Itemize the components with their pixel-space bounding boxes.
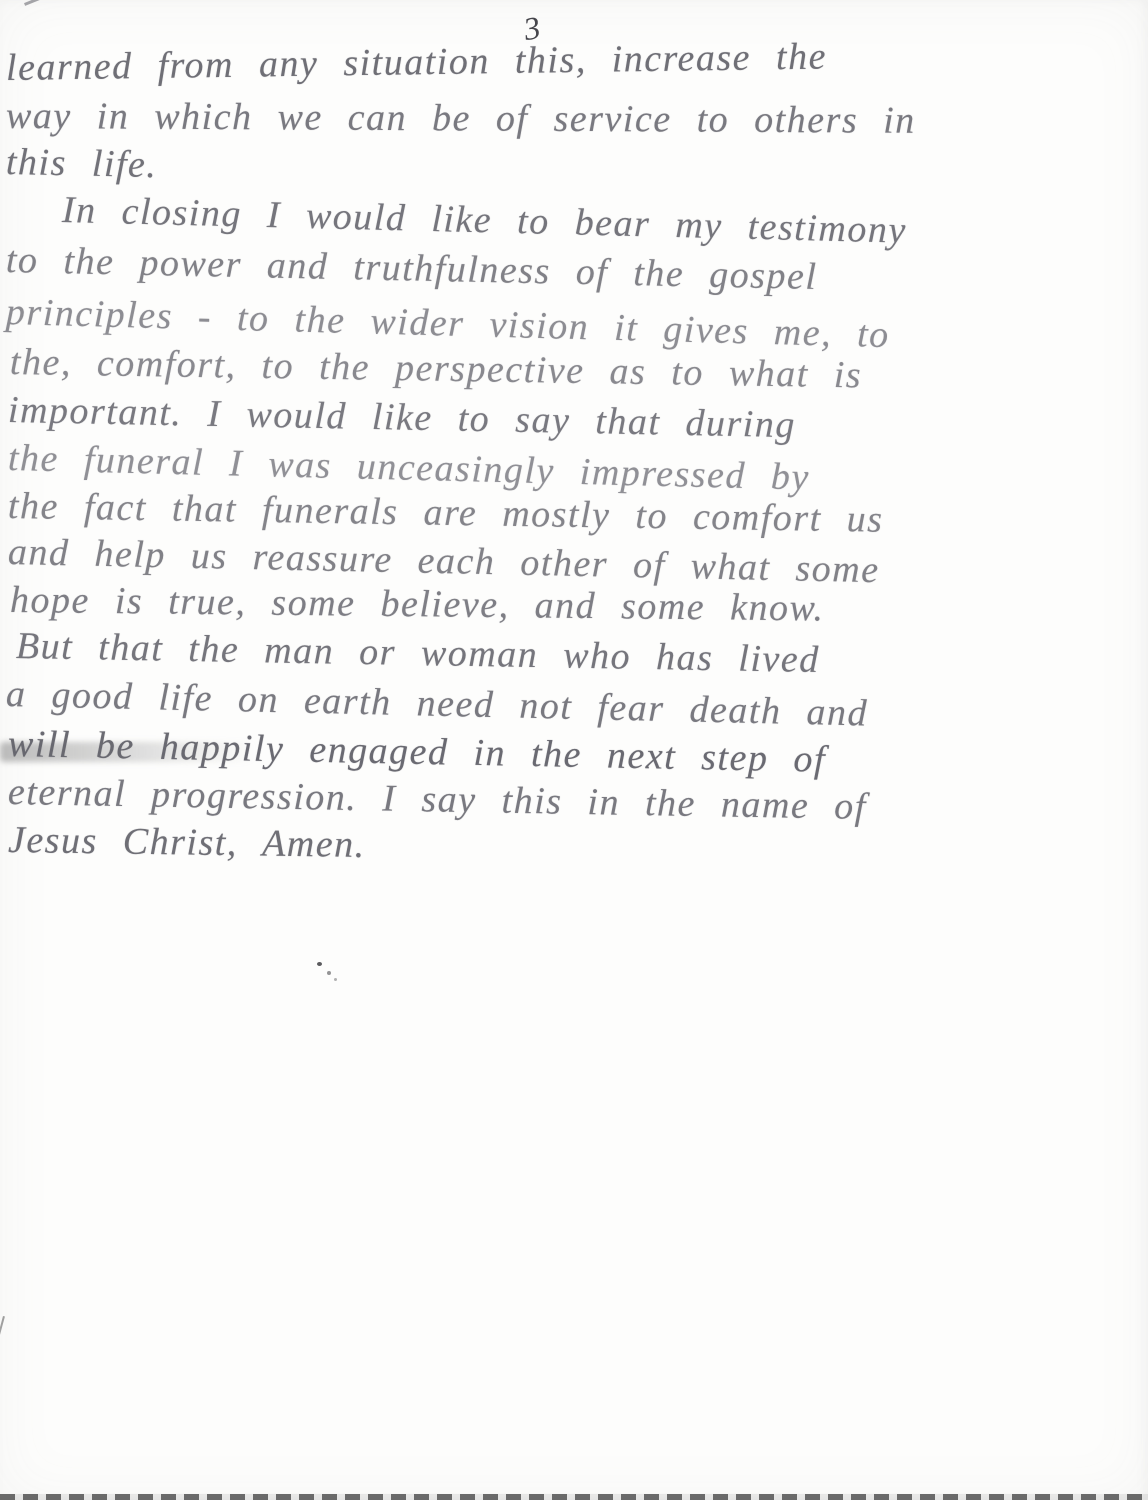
paper-crease-line [0,1316,5,1473]
handwritten-line: hope is true, some believe, and some kno… [10,578,825,631]
handwritten-line: way in which we can be of service to oth… [6,94,916,143]
scanner-bottom-edge-artifact [0,1494,1148,1500]
ink-speck [334,978,337,981]
handwritten-line: this life. [6,140,158,187]
ink-speck [327,971,331,975]
handwritten-line: Jesus Christ, Amen. [8,818,366,867]
top-edge-stray-mark [24,0,40,6]
ink-speck [317,962,322,966]
scanned-handwritten-page: 3 learned from any situation this, incre… [0,0,1148,1500]
handwritten-line: learned from any situation this, increas… [6,35,828,90]
handwritten-line: But that the man or woman who has lived [16,624,820,682]
